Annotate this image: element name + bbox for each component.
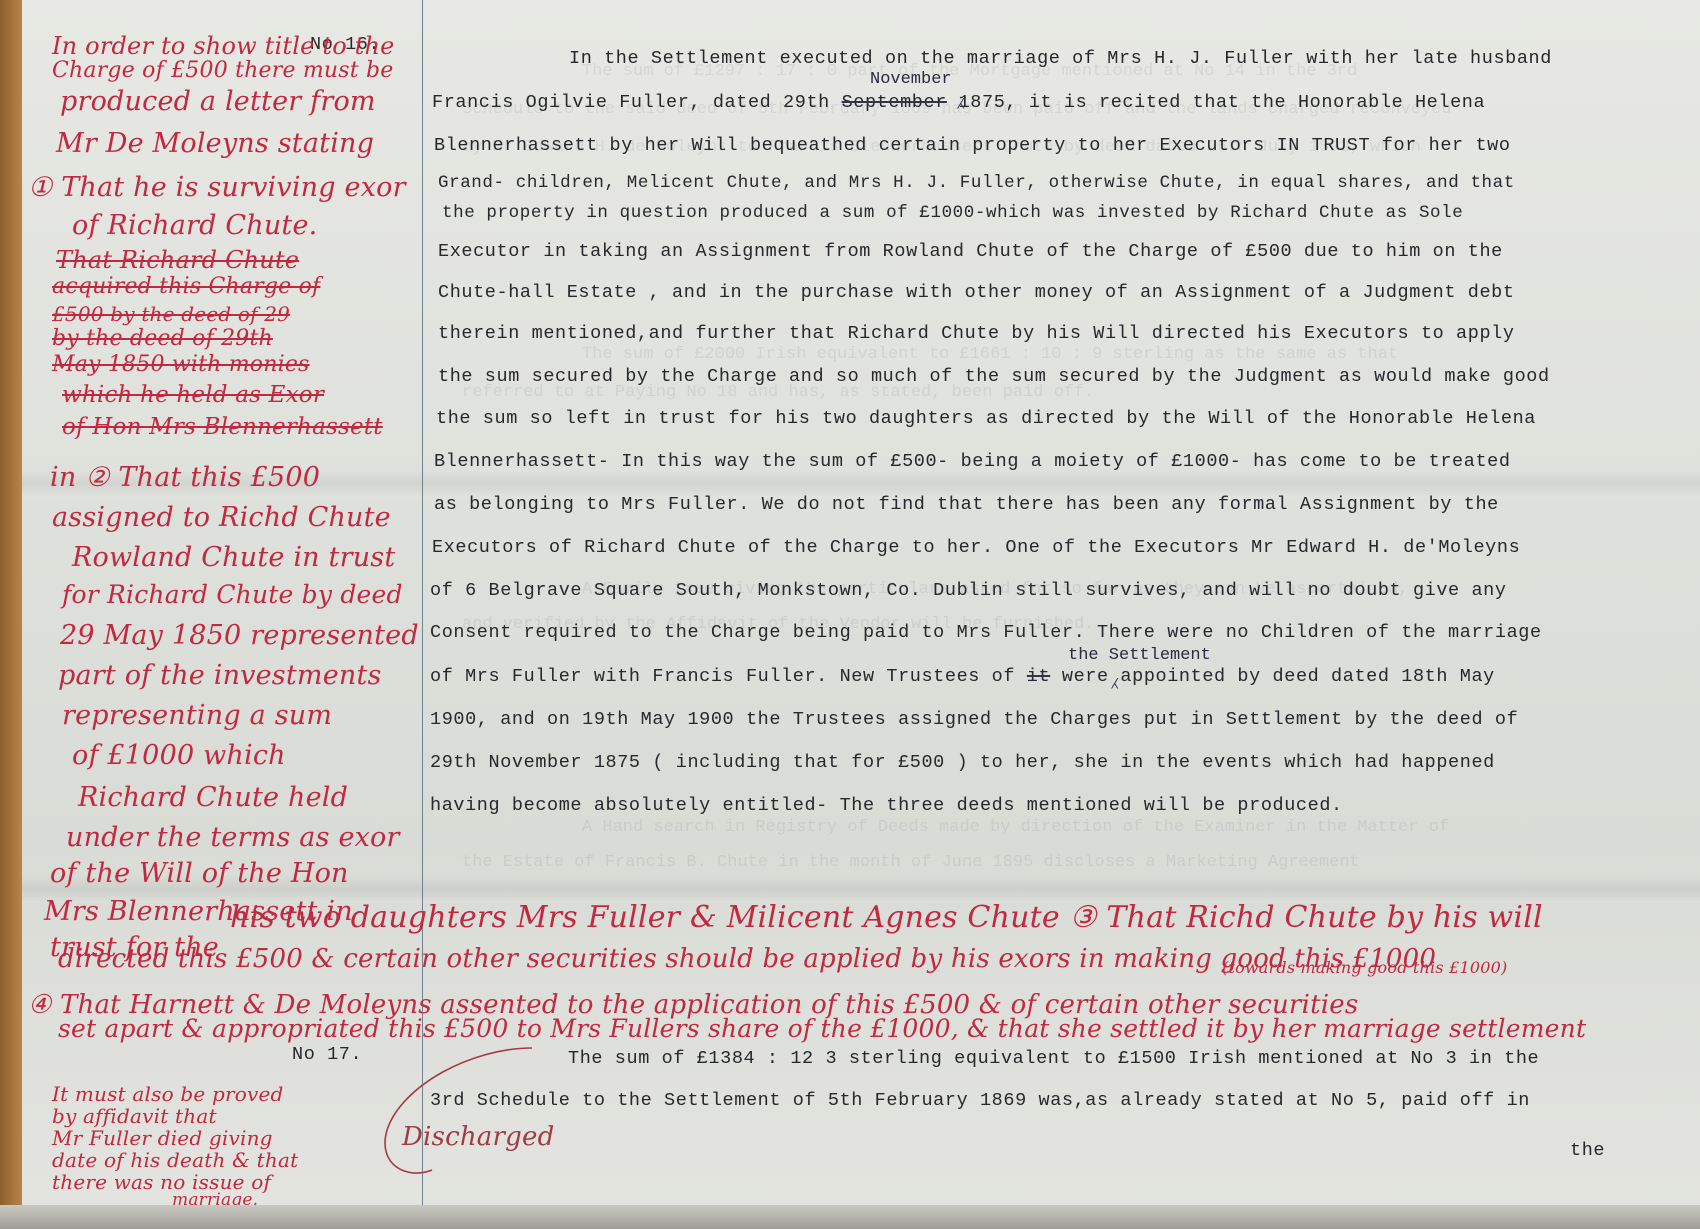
margin-note-line: produced a letter from	[60, 86, 376, 117]
typed-line: therein mentioned,and further that Richa…	[438, 323, 1515, 344]
margin-note-line-struck: acquired this Charge of	[52, 274, 320, 299]
entry-number: No 17.	[292, 1044, 362, 1065]
margin-note-line-struck: which he held as Exor	[62, 382, 324, 408]
bleed-through-text: A Hand search in Registry of Deeds made …	[582, 818, 1449, 837]
struck-word: it	[1027, 666, 1050, 687]
typed-line: the sum secured by the Charge and so muc…	[438, 366, 1550, 387]
footnote-line: It must also be proved	[52, 1082, 284, 1106]
margin-note-line: Richard Chute held	[78, 782, 348, 813]
typed-line: Consent required to the Charge being pai…	[430, 622, 1542, 643]
insertion-caret-icon: ⁁	[1112, 664, 1118, 689]
typed-line: the	[1570, 1140, 1605, 1161]
footnote-line: marriage.	[172, 1190, 258, 1205]
margin-note-line: ① That he is surviving exor	[28, 172, 406, 203]
typed-line: Blennerhassett by her Will bequeathed ce…	[434, 135, 1511, 156]
footnote-line: Mr Fuller died giving	[52, 1126, 273, 1150]
typed-line: Executors of Richard Chute of the Charge…	[432, 537, 1520, 558]
typed-line: of Mrs Fuller with Francis Fuller. New T…	[430, 666, 1495, 687]
typed-line: The sum of £1384 : 12 3 sterling equival…	[568, 1048, 1539, 1069]
margin-note-line: of the Will of the Hon	[50, 858, 349, 889]
document-page: The sum of £1297 : 17 : 0 part of the Mo…	[22, 0, 1700, 1205]
margin-note-line: Charge of £500 there must be	[52, 58, 394, 83]
margin-note-line: under the terms as exor	[66, 822, 400, 853]
typed-line: 1900, and on 19th May 1900 the Trustees …	[430, 709, 1518, 730]
discharged-signature: Discharged	[402, 1122, 554, 1152]
footnote-line: date of his death & that	[52, 1148, 298, 1172]
typed-line: the sum so left in trust for his two dau…	[436, 408, 1536, 429]
annotation-line: his two daughters Mrs Fuller & Milicent …	[230, 900, 1543, 935]
handwritten-insertion: the Settlement	[1068, 646, 1211, 665]
typed-line-text: 1875, it is recited that the Honorable H…	[947, 92, 1485, 113]
margin-note-line-struck: of Hon Mrs Blennerhassett	[62, 414, 383, 440]
typed-line: having become absolutely entitled- The t…	[430, 795, 1343, 816]
desk-surface-bottom	[0, 1205, 1700, 1229]
bleed-through-text: the Estate of Francis B. Chute in the mo…	[462, 853, 1360, 872]
margin-note-line: In order to show title to the	[52, 32, 395, 60]
margin-note-line: assigned to Richd Chute	[52, 502, 391, 533]
margin-note-line: Mr De Moleyns stating	[56, 128, 374, 159]
typed-line-text: Francis Ogilvie Fuller, dated 29th	[432, 92, 842, 113]
margin-note-line: representing a sum	[62, 700, 332, 731]
margin-note-line: Rowland Chute in trust	[72, 542, 395, 573]
margin-note-line: for Richard Chute by deed	[62, 580, 403, 609]
typed-line-text: of Mrs Fuller with Francis Fuller. New T…	[430, 666, 1027, 687]
margin-note-line-struck: £500 by the deed of 29	[52, 302, 290, 326]
typed-line: Chute-hall Estate , and in the purchase …	[438, 282, 1515, 303]
footnote-line: by affidavit that	[52, 1104, 217, 1128]
annotation-line: set apart & appropriated this £500 to Mr…	[58, 1014, 1586, 1043]
margin-note-line-struck: That Richard Chute	[56, 246, 299, 274]
margin-note-line-struck: May 1850 with monies	[52, 352, 310, 377]
typed-line: Blennerhassett- In this way the sum of £…	[434, 451, 1511, 472]
typed-line: In the Settlement executed on the marria…	[569, 48, 1552, 69]
margin-note-line: of £1000 which	[72, 740, 286, 771]
typed-line: Executor in taking an Assignment from Ro…	[438, 241, 1503, 262]
handwritten-insertion: November	[870, 70, 952, 89]
typed-line: 3rd Schedule to the Settlement of 5th Fe…	[430, 1090, 1530, 1111]
typed-line: Grand- children, Melicent Chute, and Mrs…	[438, 173, 1515, 193]
typed-line: the property in question produced a sum …	[442, 203, 1463, 223]
margin-note-line: 29 May 1850 represented	[60, 620, 419, 651]
margin-note-line: of Richard Chute.	[72, 210, 317, 241]
margin-note-line: part of the investments	[58, 660, 382, 691]
typed-line: 29th November 1875 ( including that for …	[430, 752, 1495, 773]
typed-line: of 6 Belgrave Square South, Monkstown, C…	[430, 580, 1507, 601]
bleed-through-text: The sum of £2000 Irish equivalent to £16…	[582, 345, 1398, 364]
margin-note-line-struck: by the deed of 29th	[52, 326, 273, 351]
desk-surface	[0, 0, 22, 1229]
typed-line: as belonging to Mrs Fuller. We do not fi…	[434, 494, 1499, 515]
interlinear-note: (towards making good this £1000)	[1222, 958, 1507, 977]
insertion-caret-icon: ⁁	[958, 84, 964, 109]
struck-word: September	[842, 92, 947, 113]
margin-note-line: in ② That this £500	[50, 462, 320, 493]
